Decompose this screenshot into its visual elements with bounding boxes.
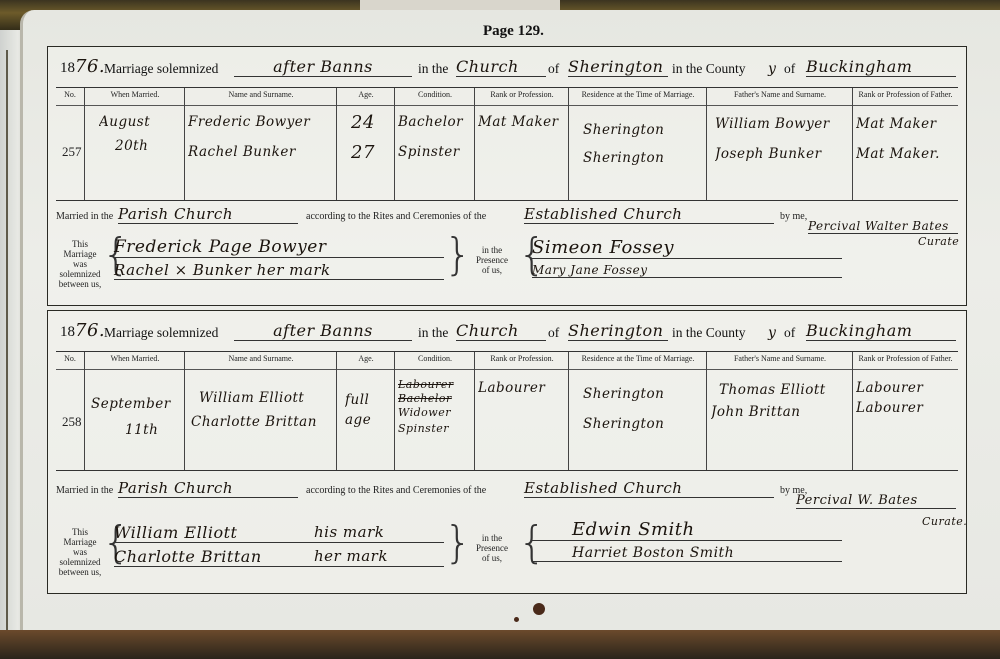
married-in-value: Parish Church	[118, 205, 298, 224]
year: 1876.	[60, 56, 105, 77]
officiant: Percival W. Bates	[796, 493, 956, 509]
groom-residence: Sherington	[583, 386, 704, 402]
groom-mark: his mark	[314, 523, 384, 541]
marriage-record-258: 1876. Marriage solemnized after Banns in…	[47, 310, 967, 594]
col-name: Name and Surname.	[185, 352, 337, 370]
bride-father: John Brittan	[711, 404, 850, 420]
groom-condition: Bachelor	[398, 114, 472, 130]
married-in-line: Married in the Parish Church according t…	[56, 481, 958, 501]
married-in-value: Parish Church	[118, 479, 298, 498]
bride-father-rank: Mat Maker.	[856, 146, 955, 162]
bride-residence: Sherington	[583, 416, 704, 432]
bride-condition: Spinster	[398, 422, 472, 435]
col-father-rank: Rank or Profession of Father.	[853, 88, 958, 106]
record-header: 1876. Marriage solemnized after Banns in…	[56, 319, 958, 345]
label-by-me: by me,	[780, 211, 807, 222]
col-father-rank: Rank or Profession of Father.	[853, 352, 958, 370]
col-rank: Rank or Profession.	[475, 88, 569, 106]
groom-name: William Elliott	[199, 390, 334, 406]
groom-residence: Sherington	[583, 122, 704, 138]
record-header: 1876. Marriage solemnized after Banns in…	[56, 55, 958, 81]
register-page: Page 129. 1876. Marriage solemnized afte…	[20, 10, 1000, 630]
witness-1: Edwin Smith	[532, 519, 842, 541]
groom-rank: Mat Maker	[478, 114, 566, 130]
bride-residence: Sherington	[583, 150, 704, 166]
marriage-record-257: 1876. Marriage solemnized after Banns in…	[47, 46, 967, 306]
groom-father-rank: Labourer	[856, 380, 955, 396]
bride-father-rank: Labourer	[856, 400, 955, 416]
bride-signature-name: Charlotte Brittan	[114, 547, 262, 566]
groom-condition-struck-1: Labourer	[398, 378, 472, 391]
col-residence: Residence at the Time of Marriage.	[569, 88, 707, 106]
groom-father-rank: Mat Maker	[856, 116, 955, 132]
married-in-line: Married in the Parish Church according t…	[56, 207, 958, 227]
solemnized-value: after Banns	[234, 57, 412, 77]
age-full: full	[345, 392, 392, 408]
presence-label: in thePresenceof us,	[468, 533, 516, 563]
groom-condition-struck-2: Bachelor	[398, 392, 472, 405]
label-married-in: Married in the	[56, 211, 113, 222]
groom-signature: William Elliott his mark	[114, 523, 444, 543]
groom-name: Frederic Bowyer	[188, 114, 334, 130]
officiant-title: Curate	[918, 235, 959, 248]
col-condition: Condition.	[395, 88, 475, 106]
ink-blot	[533, 603, 545, 615]
county-suffix: y	[768, 325, 776, 341]
groom-signature-name: William Elliott	[114, 523, 237, 542]
col-no: No.	[56, 352, 84, 370]
groom-father: Thomas Elliott	[719, 382, 850, 398]
label-of: of	[548, 325, 559, 341]
county-suffix: y	[768, 61, 776, 77]
between-label: This Marriagewassolemnizedbetween us,	[56, 527, 104, 577]
col-age: Age.	[337, 88, 395, 106]
label-according: according to the Rites and Ceremonies of…	[306, 485, 486, 496]
col-name: Name and Surname.	[185, 88, 337, 106]
place-type: Church	[456, 321, 546, 341]
label-county: in the County	[672, 61, 746, 77]
between-label: This Marriagewassolemnizedbetween us,	[56, 239, 104, 289]
ink-spot	[514, 617, 519, 622]
date-month: August	[99, 114, 182, 130]
col-residence: Residence at the Time of Marriage.	[569, 352, 707, 370]
label-county: in the County	[672, 325, 746, 341]
bride-mark: her mark	[314, 547, 388, 565]
date-month: September	[91, 396, 182, 412]
label-county-of: of	[784, 325, 795, 341]
col-age: Age.	[337, 352, 395, 370]
bride-father: Joseph Bunker	[715, 146, 850, 162]
parish: Sherington	[568, 321, 668, 341]
bride-name: Rachel Bunker	[188, 144, 334, 160]
officiant-title: Curate.	[922, 515, 967, 528]
officiant: Percival Walter Bates	[808, 219, 958, 234]
book-bottom-edge	[0, 630, 1000, 659]
col-rank: Rank or Profession.	[475, 352, 569, 370]
year: 1876.	[60, 320, 105, 341]
label-married-in: Married in the	[56, 485, 113, 496]
col-when: When Married.	[85, 88, 185, 106]
col-father: Father's Name and Surname.	[707, 352, 853, 370]
groom-age: 24	[351, 112, 392, 133]
label-in-the: in the	[418, 61, 448, 77]
label-county-of: of	[784, 61, 795, 77]
age-age: age	[345, 412, 392, 428]
label-solemnized: Marriage solemnized	[104, 61, 218, 77]
groom-condition: Widower	[398, 406, 472, 419]
col-no: No.	[56, 88, 84, 106]
entry-number: 258	[62, 414, 82, 430]
date-day: 20th	[115, 138, 182, 154]
page-number: Page 129.	[483, 23, 544, 40]
presence-label: in thePresenceof us,	[468, 245, 516, 275]
groom-signature: Frederick Page Bowyer	[114, 237, 444, 258]
col-father: Father's Name and Surname.	[707, 88, 853, 106]
paper-tab	[360, 0, 560, 10]
label-in-the: in the	[418, 325, 448, 341]
witness-1: Simeon Fossey	[532, 237, 842, 259]
label-according: according to the Rites and Ceremonies of…	[306, 211, 486, 222]
label-of: of	[548, 61, 559, 77]
rites-value: Established Church	[524, 479, 774, 498]
witness-2: Mary Jane Fossey	[532, 263, 842, 278]
entry-number: 257	[62, 144, 82, 160]
parish: Sherington	[568, 57, 668, 77]
date-day: 11th	[125, 422, 182, 438]
solemnized-value: after Banns	[234, 321, 412, 341]
groom-rank: Labourer	[478, 380, 566, 396]
label-solemnized: Marriage solemnized	[104, 325, 218, 341]
bride-signature: Rachel × Bunker her mark	[114, 261, 444, 280]
rites-value: Established Church	[524, 205, 774, 224]
county: Buckingham	[806, 57, 956, 77]
col-condition: Condition.	[395, 352, 475, 370]
witness-2: Harriet Boston Smith	[532, 545, 842, 562]
county: Buckingham	[806, 321, 956, 341]
col-when: When Married.	[85, 352, 185, 370]
record-table: No.258 When Married. September 11th Name…	[56, 351, 958, 471]
bride-name: Charlotte Brittan	[191, 414, 334, 430]
bride-signature: Charlotte Brittan her mark	[114, 547, 444, 567]
record-table: No.257 When Married. August 20th Name an…	[56, 87, 958, 201]
groom-father: William Bowyer	[715, 116, 850, 132]
place-type: Church	[456, 57, 546, 77]
bride-age: 27	[351, 142, 392, 163]
bride-condition: Spinster	[398, 144, 472, 160]
